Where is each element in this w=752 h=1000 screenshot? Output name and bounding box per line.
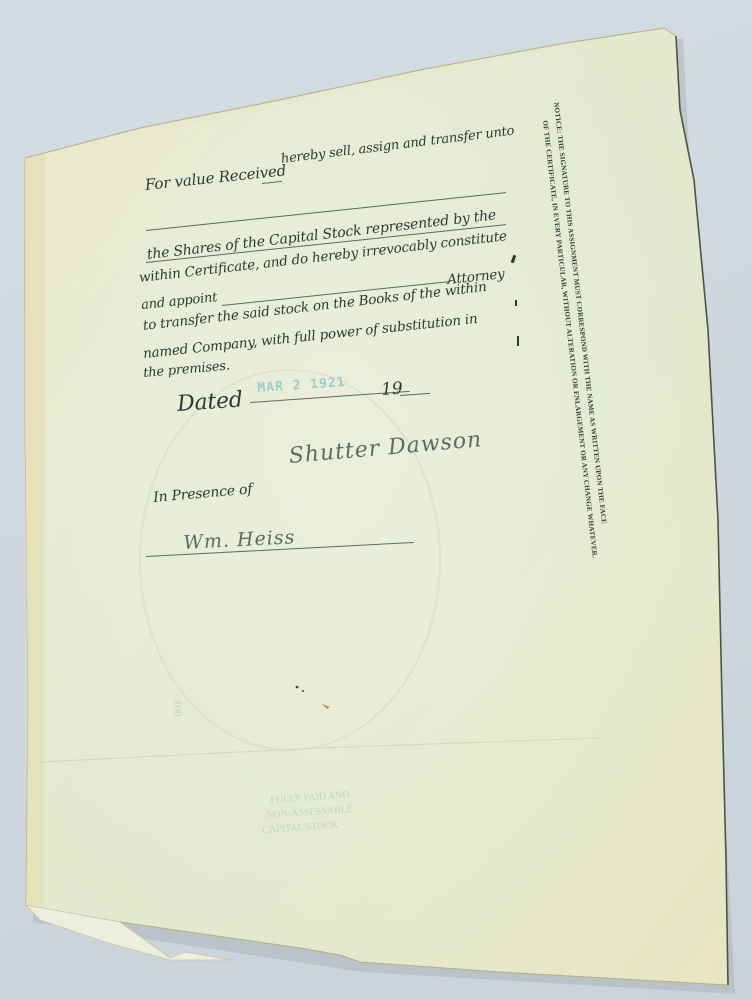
paper-sheet [0, 0, 752, 1000]
margin-mark-3 [517, 336, 519, 346]
photo-stage: FULLY PAID AND NON-ASSESSABLE CAPITAL ST… [0, 0, 752, 1000]
bleed-text-4: 100 [172, 700, 184, 717]
margin-mark-2 [515, 300, 517, 306]
